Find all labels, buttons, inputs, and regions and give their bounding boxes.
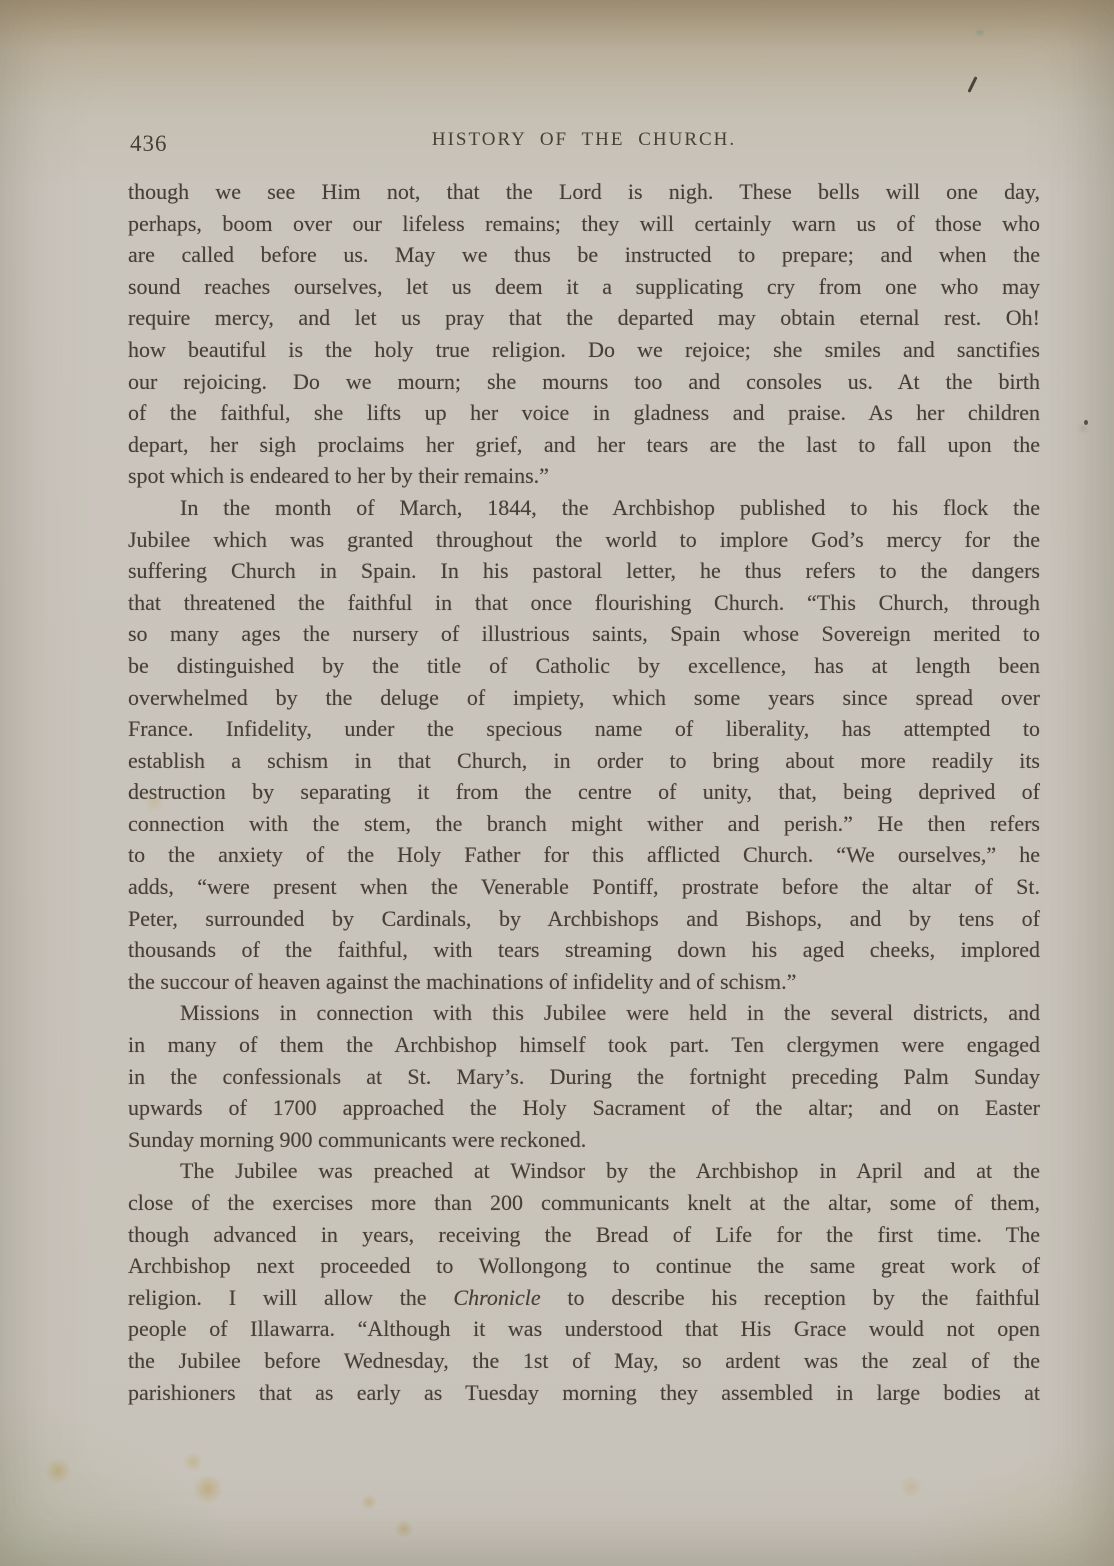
- text-line: upwards of 1700 approached the Holy Sacr…: [128, 1092, 1040, 1124]
- page-body: though we see Him not, that the Lord is …: [128, 176, 1040, 1408]
- text-line: our rejoicing. Do we mourn; she mourns t…: [128, 366, 1040, 398]
- foxing-spot: [44, 1458, 72, 1484]
- text-line: spot which is endeared to her by their r…: [128, 460, 1040, 492]
- text-line: how beautiful is the holy true religion.…: [128, 334, 1040, 366]
- text-line: overwhelmed by the deluge of impiety, wh…: [128, 682, 1040, 714]
- book-page: 436 HISTORY OF THE CHURCH. though we see…: [0, 0, 1114, 1566]
- text-line: people of Illawarra. “Although it was un…: [128, 1313, 1040, 1345]
- text-line: in the confessionals at St. Mary’s. Duri…: [128, 1061, 1040, 1093]
- ink-slash-mark: [967, 76, 977, 93]
- text-line: Jubilee which was granted throughout the…: [128, 524, 1040, 556]
- page-number: 436: [130, 131, 168, 157]
- text-line: The Jubilee was preached at Windsor by t…: [128, 1155, 1040, 1187]
- text-line: Archbishop next proceeded to Wollongong …: [128, 1250, 1040, 1282]
- text-line: Missions in connection with this Jubilee…: [128, 997, 1040, 1029]
- text-line: perhaps, boom over our lifeless remains;…: [128, 208, 1040, 240]
- text-line: parishioners that as early as Tuesday mo…: [128, 1377, 1040, 1409]
- paragraph: In the month of March, 1844, the Archbis…: [128, 492, 1040, 998]
- page-header: 436 HISTORY OF THE CHURCH.: [128, 129, 1040, 159]
- foxing-spot: [360, 1494, 378, 1510]
- text-line: establish a schism in that Church, in or…: [128, 745, 1040, 777]
- text-line: sound reaches ourselves, let us deem it …: [128, 271, 1040, 303]
- ink-speck: [1084, 420, 1088, 425]
- text-line: France. Infidelity, under the specious n…: [128, 713, 1040, 745]
- text-line: that threatened the faithful in that onc…: [128, 587, 1040, 619]
- foxing-spot: [182, 1452, 204, 1472]
- text-line: depart, her sigh proclaims her grief, an…: [128, 429, 1040, 461]
- paragraph: The Jubilee was preached at Windsor by t…: [128, 1155, 1040, 1408]
- text-line: the Jubilee before Wednesday, the 1st of…: [128, 1345, 1040, 1377]
- foxing-spot: [394, 1520, 414, 1538]
- running-head: HISTORY OF THE CHURCH.: [128, 129, 1040, 151]
- text-line: though we see Him not, that the Lord is …: [128, 176, 1040, 208]
- text-line: Peter, surrounded by Cardinals, by Archb…: [128, 903, 1040, 935]
- text-line: be distinguished by the title of Catholi…: [128, 650, 1040, 682]
- text-line: though advanced in years, receiving the …: [128, 1219, 1040, 1251]
- text-line: Sunday morning 900 communicants were rec…: [128, 1124, 1040, 1156]
- scan-speck: [976, 30, 984, 35]
- text-line: to the anxiety of the Holy Father for th…: [128, 839, 1040, 871]
- paragraph: though we see Him not, that the Lord is …: [128, 176, 1040, 492]
- text-line: destruction by separating it from the ce…: [128, 776, 1040, 808]
- text-line: require mercy, and let us pray that the …: [128, 302, 1040, 334]
- foxing-spot: [192, 1474, 224, 1504]
- text-line: religion. I will allow the Chronicle to …: [128, 1282, 1040, 1314]
- text-line: connection with the stem, the branch mig…: [128, 808, 1040, 840]
- text-line: thousands of the faithful, with tears st…: [128, 934, 1040, 966]
- text-line: close of the exercises more than 200 com…: [128, 1187, 1040, 1219]
- foxing-spot: [898, 1476, 924, 1498]
- text-line: the succour of heaven against the machin…: [128, 966, 1040, 998]
- text-line: so many ages the nursery of illustrious …: [128, 618, 1040, 650]
- text-line: In the month of March, 1844, the Archbis…: [128, 492, 1040, 524]
- text-line: of the faithful, she lifts up her voice …: [128, 397, 1040, 429]
- text-line: in many of them the Archbishop himself t…: [128, 1029, 1040, 1061]
- text-line: are called before us. May we thus be ins…: [128, 239, 1040, 271]
- text-line: suffering Church in Spain. In his pastor…: [128, 555, 1040, 587]
- paragraph: Missions in connection with this Jubilee…: [128, 997, 1040, 1155]
- text-line: adds, “were present when the Venerable P…: [128, 871, 1040, 903]
